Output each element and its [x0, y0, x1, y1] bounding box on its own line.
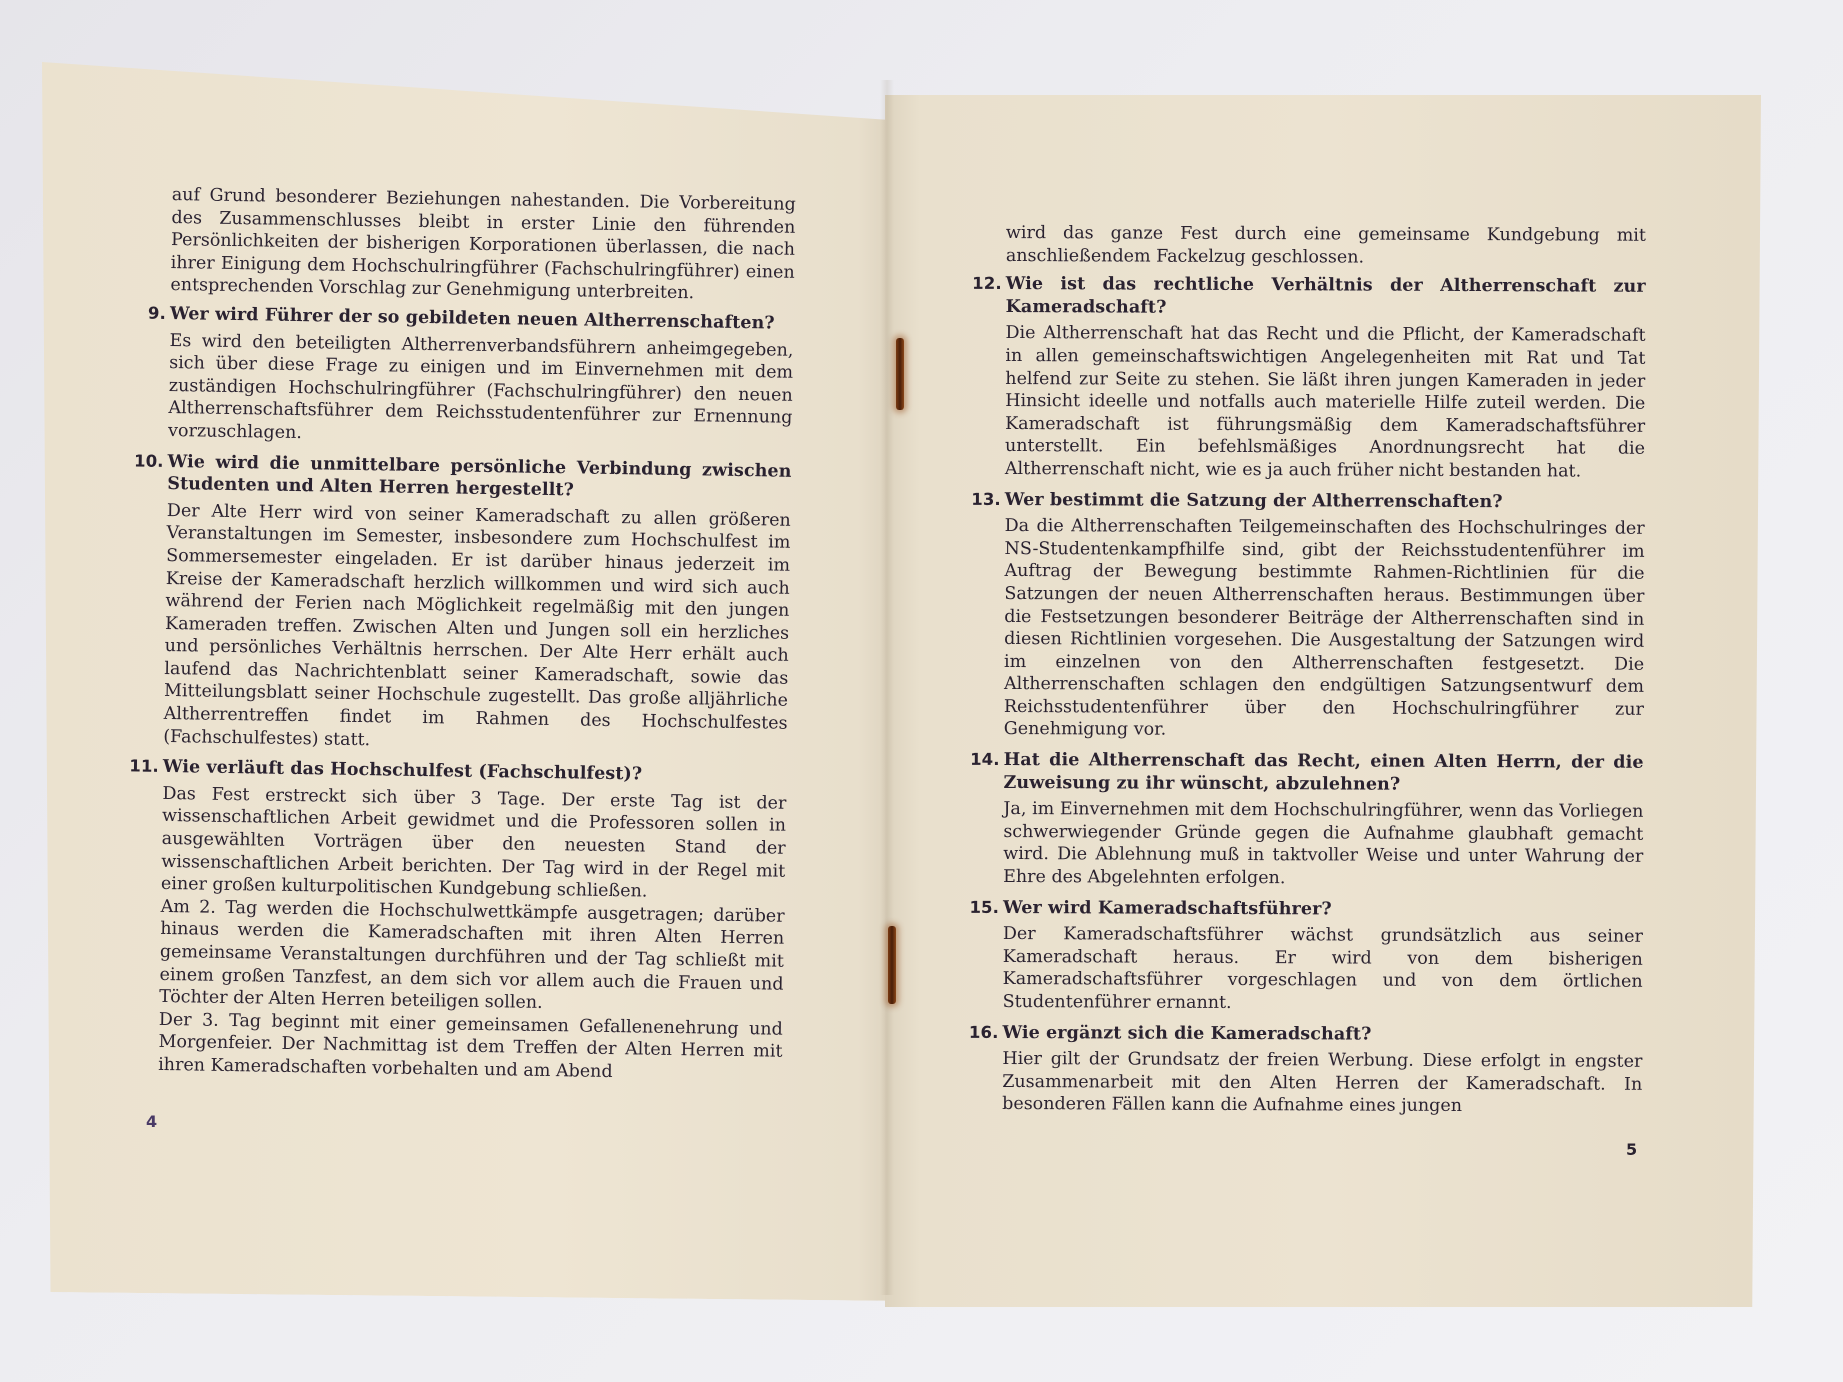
question-number: 14. — [966, 749, 1000, 772]
question-heading: 15. Wer wird Kameradschaftsführer? — [1003, 897, 1643, 922]
question-text: Wie wird die unmittelbare persönliche Ve… — [167, 451, 792, 500]
question-text: Wer wird Kameradschaftsführer? — [1003, 898, 1332, 919]
question-heading: 10. Wie wird die unmittelbare persönlich… — [167, 450, 792, 505]
page-number-right: 5 — [1626, 1140, 1637, 1159]
answer: Der Kameradschaftsführer wächst grundsät… — [1003, 923, 1643, 1016]
question-text: Wie verläuft das Hochschulfest (Fachschu… — [163, 757, 643, 785]
continuation-text: wird das ganze Fest durch eine gemeinsam… — [1006, 222, 1646, 270]
question-heading: 13. Wer bestimmt die Satzung der Altherr… — [1005, 489, 1645, 514]
continuation-text: auf Grund besonderer Beziehungen nahesta… — [170, 184, 796, 307]
answer-paragraph: Die Altherrenschaft hat das Recht und di… — [1005, 322, 1646, 483]
answer: Der Alte Herr wird von seiner Kameradsch… — [163, 500, 791, 758]
question-number: 16. — [964, 1021, 998, 1044]
section-16: 16. Wie ergänzt sich die Kameradschaft? … — [1002, 1022, 1642, 1119]
question-heading: 14. Hat die Altherrenschaft das Recht, e… — [1004, 749, 1644, 797]
answer-paragraph: Es wird den beteiligten Altherrenverband… — [168, 330, 794, 453]
question-heading: 12. Wie ist das rechtliche Verhältnis de… — [1006, 273, 1646, 321]
question-text: Wie ergänzt sich die Kameradschaft? — [1002, 1023, 1371, 1045]
answer-paragraph: Da die Altherrenschaften Teilgemeinschaf… — [1004, 515, 1645, 744]
question-number: 12. — [968, 273, 1002, 296]
question-text: Hat die Altherrenschaft das Recht, einen… — [1004, 750, 1644, 794]
answer-paragraph: Ja, im Einvernehmen mit dem Hochschulrin… — [1003, 798, 1643, 891]
question-text: Wer wird Führer der so gebildeten neuen … — [170, 304, 775, 333]
question-number: 10. — [129, 450, 163, 473]
answer: Da die Altherrenschaften Teilgemeinschaf… — [1004, 515, 1645, 744]
question-number: 15. — [965, 896, 999, 919]
question-number: 9. — [132, 302, 166, 325]
section-10: 10. Wie wird die unmittelbare persönlich… — [163, 450, 792, 757]
section-15: 15. Wer wird Kameradschaftsführer? Der K… — [1003, 897, 1644, 1017]
section-13: 13. Wer bestimmt die Satzung der Altherr… — [1004, 489, 1645, 744]
booklet-spread: auf Grund besonderer Beziehungen nahesta… — [0, 0, 1843, 1382]
staple-bottom — [888, 926, 896, 1004]
question-number: 11. — [125, 756, 159, 779]
question-heading: 16. Wie ergänzt sich die Kameradschaft? — [1002, 1022, 1642, 1047]
answer-paragraph: Hier gilt der Grundsatz der freien Werbu… — [1002, 1048, 1642, 1119]
section-11: 11. Wie verläuft das Hochschulfest (Fach… — [158, 756, 787, 1086]
staple-top — [896, 338, 904, 410]
section-12: 12. Wie ist das rechtliche Verhältnis de… — [1005, 273, 1646, 483]
right-page-text: wird das ganze Fest durch eine gemeinsam… — [1002, 222, 1646, 1127]
section-14: 14. Hat die Altherrenschaft das Recht, e… — [1003, 749, 1644, 891]
question-text: Wer bestimmt die Satzung der Altherrensc… — [1005, 490, 1503, 512]
answer: Hier gilt der Grundsatz der freien Werbu… — [1002, 1048, 1642, 1119]
answer: Es wird den beteiligten Altherrenverband… — [168, 330, 794, 453]
answer-paragraph: Der Alte Herr wird von seiner Kameradsch… — [163, 500, 791, 758]
page-number-left: 4 — [146, 1112, 157, 1131]
answer: Ja, im Einvernehmen mit dem Hochschulrin… — [1003, 798, 1643, 891]
answer-paragraph: Der 3. Tag beginnt mit einer gemeinsamen… — [158, 1009, 783, 1087]
answer: Das Fest erstreckt sich über 3 Tage. Der… — [158, 783, 787, 1086]
left-page-text: auf Grund besonderer Beziehungen nahesta… — [158, 184, 796, 1094]
section-9: 9. Wer wird Führer der so gebildeten neu… — [168, 303, 794, 452]
answer-paragraph: Das Fest erstreckt sich über 3 Tage. Der… — [161, 783, 787, 906]
question-text: Wie ist das rechtliche Verhältnis der Al… — [1006, 274, 1646, 317]
answer-paragraph: Am 2. Tag werden die Hochschulwettkämpfe… — [159, 896, 785, 1019]
answer: Die Altherrenschaft hat das Recht und di… — [1005, 322, 1646, 483]
spine-gutter — [880, 80, 894, 1295]
answer-paragraph: Der Kameradschaftsführer wächst grundsät… — [1003, 923, 1643, 1016]
question-number: 13. — [967, 488, 1001, 511]
